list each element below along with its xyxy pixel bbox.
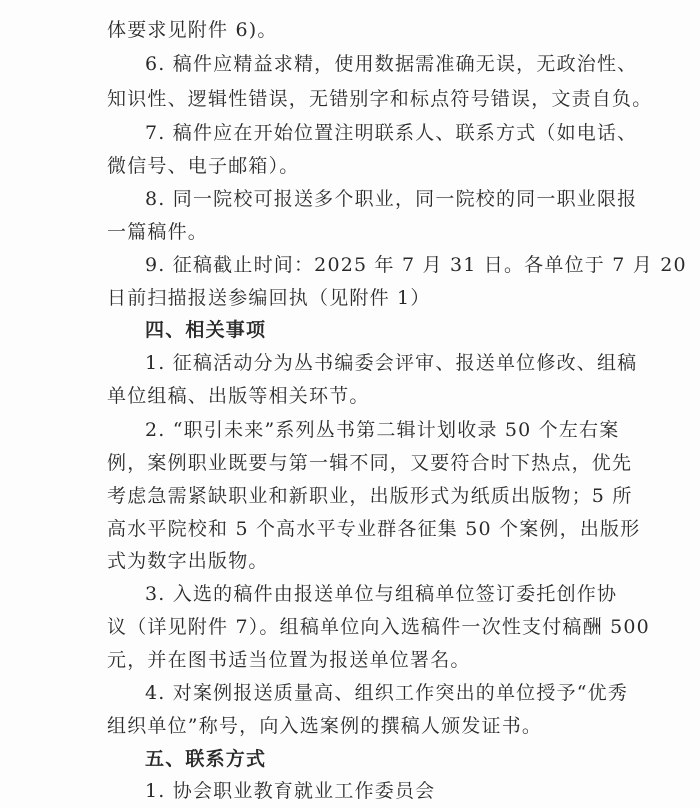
body-line: 3. 入选的稿件由报送单位与组稿单位签订委托创作协: [145, 582, 593, 606]
section-heading-4: 四、相关事项: [145, 318, 631, 342]
body-line: 2. “职引未来”系列丛书第二辑计划收录 50 个左右案: [145, 418, 593, 442]
body-line: 一篇稿件。: [107, 220, 593, 244]
body-line: 议（详见附件 7）。组稿单位向入选稿件一次性支付稿酬 500: [107, 615, 593, 639]
body-line: 例，案例职业既要与第一辑不同，又要符合时下热点，优先: [107, 451, 593, 475]
body-line: 知识性、逻辑性错误，无错别字和标点符号错误，文责自负。: [107, 87, 593, 111]
body-line: 1. 征稿活动分为丛书编委会评审、报送单位修改、组稿: [145, 351, 593, 375]
body-line: 微信号、电子邮箱）。: [107, 154, 593, 178]
body-line: 8. 同一院校可报送多个职业，同一院校的同一职业限报: [145, 187, 593, 211]
body-line: 7. 稿件应在开始位置注明联系人、联系方式（如电话、: [145, 121, 593, 145]
body-line: 组织单位”称号，向入选案例的撰稿人颁发证书。: [107, 714, 593, 738]
body-line: 元，并在图书适当位置为报送单位署名。: [107, 648, 593, 672]
body-line: 1. 协会职业教育就业工作委员会: [145, 779, 631, 803]
body-line: 日前扫描报送参编回执（见附件 1）: [107, 286, 593, 310]
body-line: 式为数字出版物。: [107, 549, 593, 573]
body-line: 考虑急需紧缺职业和新职业，出版形式为纸质出版物；5 所: [107, 484, 593, 508]
document-page: 体要求见附件 6)。 6. 稿件应精益求精，使用数据需准确无误，无政治性、 知识…: [0, 0, 700, 808]
body-line: 6. 稿件应精益求精，使用数据需准确无误，无政治性、: [145, 52, 593, 76]
section-heading-5: 五、联系方式: [145, 747, 631, 771]
body-line: 4. 对案例报送质量高、组织工作突出的单位授予“优秀: [145, 681, 593, 705]
body-line: 单位组稿、出版等相关环节。: [107, 384, 593, 408]
body-line: 9. 征稿截止时间：2025 年 7 月 31 日。各单位于 7 月 20: [145, 253, 593, 277]
body-line: 高水平院校和 5 个高水平专业群各征集 50 个案例，出版形: [107, 517, 593, 541]
body-line: 体要求见附件 6)。: [107, 18, 593, 42]
